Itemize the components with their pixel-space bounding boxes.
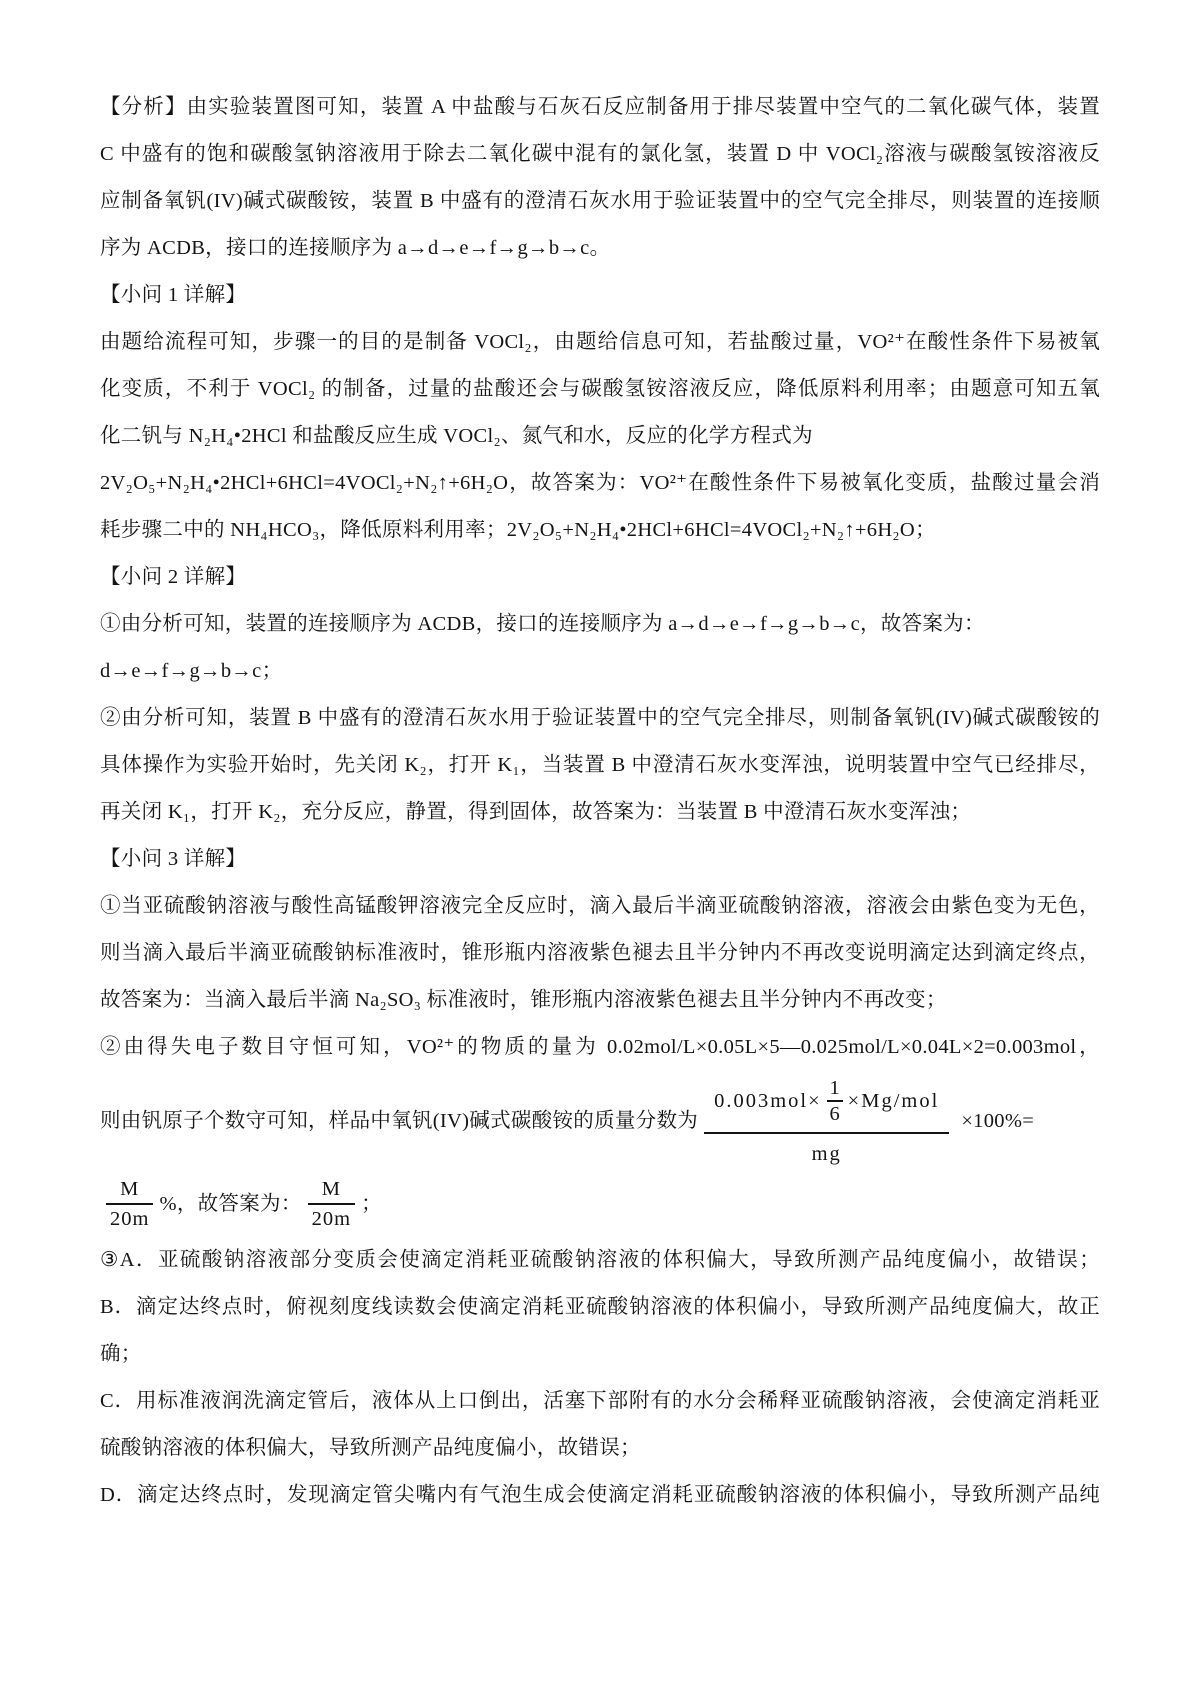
text-line: C．用标准液润洗滴定管后，液体从上口倒出，活塞下部附有的水分会稀释亚硫酸钠溶液，… — [100, 1378, 1100, 1425]
text-line: D．滴定达终点时，发现滴定管尖嘴内有气泡生成会使滴定消耗亚硫酸钠溶液的体积偏小，… — [100, 1472, 1100, 1519]
text-line: d→e→f→g→b→c； — [100, 648, 1100, 695]
big-fraction-denominator: mg — [812, 1134, 842, 1166]
text-line: 故答案为：当滴入最后半滴 Na₂SO₃ 标准液时，锥形瓶内溶液紫色褪去且半分钟内… — [100, 977, 1100, 1024]
text-line: ②由得失电子数目守恒可知，VO²⁺的物质的量为 0.02mol/L×0.05L×… — [100, 1024, 1100, 1071]
text-line: ③A．亚硫酸钠溶液部分变质会使滴定消耗亚硫酸钠溶液的体积偏大，导致所测产品纯度偏… — [100, 1237, 1100, 1284]
document-content: 【分析】由实验装置图可知，装置 A 中盐酸与石灰石反应制备用于排尽装置中空气的二… — [100, 84, 1100, 1519]
text-line: 耗步骤二中的 NH₄HCO₃，降低原料利用率；2V₂O₅+N₂H₄•2HCl+6… — [100, 507, 1100, 554]
text-line: ①当亚硫酸钠溶液与酸性高锰酸钾溶液完全反应时，滴入最后半滴亚硫酸钠溶液，溶液会由… — [100, 883, 1100, 930]
fraction2-bar — [308, 1203, 355, 1205]
text-line: 应制备氧钒(IV)碱式碳酸铵，装置 B 中盛有的澄清石灰水用于验证装置中的空气完… — [100, 178, 1100, 225]
m-over-20m-fraction-2: M 20m — [308, 1177, 355, 1231]
mass-fraction-big-fraction: 0.003mol× 1 6 ×Mg/mol mg — [704, 1077, 949, 1166]
text-line: 化二钒与 N₂H₄•2HCl 和盐酸反应生成 VOCl₂、氮气和水，反应的化学方… — [100, 413, 1100, 460]
one-sixth-numerator: 1 — [830, 1077, 840, 1099]
formula-prefix-text: 则由钒原子个数守可知，样品中氧钒(IV)碱式碳酸铵的质量分数为 — [100, 1098, 698, 1145]
fraction2-numerator: M — [318, 1177, 345, 1201]
document-page: 【分析】由实验装置图可知，装置 A 中盐酸与石灰石反应制备用于排尽装置中空气的二… — [0, 0, 1200, 1698]
one-sixth-denominator: 6 — [830, 1103, 840, 1125]
text-line: 2V₂O₅+N₂H₄•2HCl+6HCl=4VOCl₂+N₂↑+6H₂O，故答案… — [100, 460, 1100, 507]
text-line: 确； — [100, 1331, 1100, 1378]
text-line: 序为 ACDB，接口的连接顺序为 a→d→e→f→g→b→c。 — [100, 225, 1100, 272]
answer-suffix-text: ； — [361, 1181, 382, 1228]
numerator-right-text: ×Mg/mol — [848, 1089, 940, 1113]
answer-middle-text: %，故答案为： — [159, 1181, 301, 1228]
big-fraction-numerator: 0.003mol× 1 6 ×Mg/mol — [704, 1077, 949, 1132]
one-sixth-fraction-bar — [827, 1100, 843, 1102]
text-line: ①由分析可知，装置的连接顺序为 ACDB，接口的连接顺序为 a→d→e→f→g→… — [100, 601, 1100, 648]
m-over-20m-fraction-1: M 20m — [106, 1177, 153, 1231]
fraction1-denominator: 20m — [106, 1207, 153, 1231]
text-line: 【小问 2 详解】 — [100, 554, 1100, 601]
text-line: 【小问 3 详解】 — [100, 836, 1100, 883]
one-sixth-fraction: 1 6 — [827, 1077, 843, 1125]
text-line: 再关闭 K₁，打开 K₂，充分反应，静置，得到固体，故答案为：当装置 B 中澄清… — [100, 789, 1100, 836]
text-line: 硫酸钠溶液的体积偏大，导致所测产品纯度偏小，故错误； — [100, 1425, 1100, 1472]
text-line: C 中盛有的饱和碳酸氢钠溶液用于除去二氧化碳中混有的氯化氢，装置 D 中 VOC… — [100, 131, 1100, 178]
numerator-left-text: 0.003mol× — [714, 1089, 822, 1113]
answer-fraction-line: M 20m %，故答案为： M 20m ； — [100, 1171, 1100, 1237]
text-line: B．滴定达终点时，俯视刻度线读数会使滴定消耗亚硫酸钠溶液的体积偏小，导致所测产品… — [100, 1284, 1100, 1331]
fraction2-denominator: 20m — [308, 1207, 355, 1231]
text-line: 【小问 1 详解】 — [100, 272, 1100, 319]
mass-fraction-formula-line: 则由钒原子个数守可知，样品中氧钒(IV)碱式碳酸铵的质量分数为 0.003mol… — [100, 1071, 1100, 1171]
text-line: 具体操作为实验开始时，先关闭 K₂，打开 K₁，当装置 B 中澄清石灰水变浑浊，… — [100, 742, 1100, 789]
text-line: 则当滴入最后半滴亚硫酸钠标准液时，锥形瓶内溶液紫色褪去且半分钟内不再改变说明滴定… — [100, 930, 1100, 977]
fraction1-bar — [106, 1203, 153, 1205]
formula-suffix-text: ×100%= — [961, 1098, 1034, 1145]
text-line: 【分析】由实验装置图可知，装置 A 中盐酸与石灰石反应制备用于排尽装置中空气的二… — [100, 84, 1100, 131]
text-line: 由题给流程可知，步骤一的目的是制备 VOCl₂，由题给信息可知，若盐酸过量，VO… — [100, 319, 1100, 366]
text-line: 化变质，不利于 VOCl₂ 的制备，过量的盐酸还会与碳酸氢铵溶液反应，降低原料利… — [100, 366, 1100, 413]
paragraph-lines-bottom: ③A．亚硫酸钠溶液部分变质会使滴定消耗亚硫酸钠溶液的体积偏大，导致所测产品纯度偏… — [100, 1237, 1100, 1519]
paragraph-lines-top: 【分析】由实验装置图可知，装置 A 中盐酸与石灰石反应制备用于排尽装置中空气的二… — [100, 84, 1100, 1071]
text-line: ②由分析可知，装置 B 中盛有的澄清石灰水用于验证装置中的空气完全排尽，则制备氧… — [100, 695, 1100, 742]
fraction1-numerator: M — [116, 1177, 143, 1201]
